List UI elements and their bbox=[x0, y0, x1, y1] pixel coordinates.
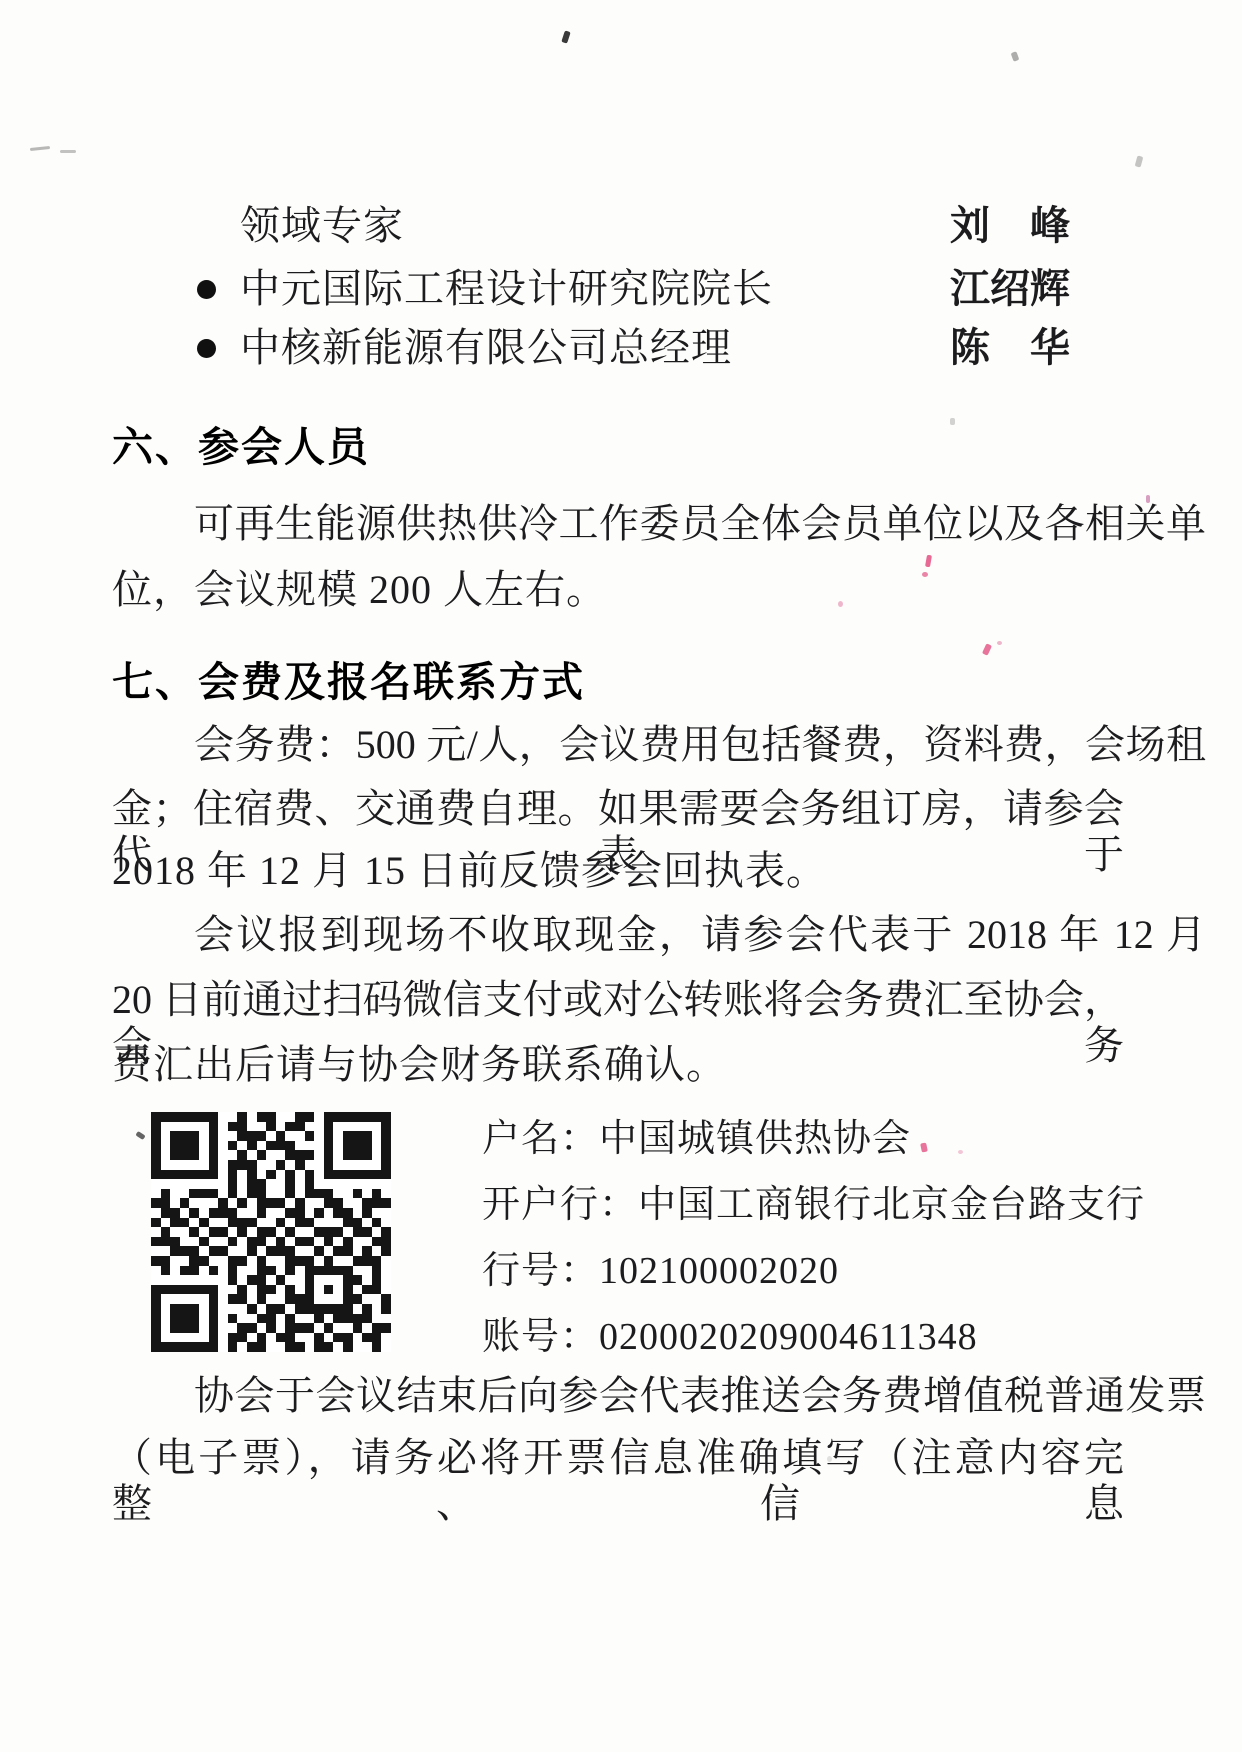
scan-artifact bbox=[1011, 51, 1020, 62]
bank-number: 行号：102100002020 bbox=[482, 1249, 839, 1293]
speaker-role: 领域专家 bbox=[240, 203, 404, 249]
bank-account-name: 户名：中国城镇供热协会 bbox=[482, 1117, 911, 1161]
ink-speck bbox=[925, 555, 932, 568]
section7-heading: 七、会费及报名联系方式 bbox=[112, 658, 585, 706]
ink-speck bbox=[958, 1150, 963, 1154]
speaker-role: 中元国际工程设计研究院院长 bbox=[240, 266, 773, 312]
speaker-name: 刘 峰 bbox=[950, 203, 1075, 249]
paragraph-line: 费汇出后请与协会财务联系确认。 bbox=[112, 1042, 727, 1088]
bank-branch: 开户行：中国工商银行北京金台路支行 bbox=[482, 1183, 1145, 1227]
scan-artifact bbox=[60, 150, 76, 153]
paragraph-line: 会议报到现场不收取现金，请参会代表于 2018 年 12 月 bbox=[112, 912, 1206, 958]
ink-speck bbox=[838, 601, 843, 607]
paragraph-line: 协会于会议结束后向参会代表推送会务费增值税普通发票 bbox=[112, 1373, 1206, 1419]
speaker-role: 中核新能源有限公司总经理 bbox=[240, 325, 732, 371]
bank-account-number: 账号：0200020209004611348 bbox=[482, 1315, 978, 1359]
ink-speck bbox=[922, 572, 928, 577]
speaker-name: 陈 华 bbox=[950, 325, 1075, 371]
ink-speck bbox=[982, 643, 992, 656]
scan-artifact bbox=[135, 1131, 145, 1140]
payment-qr-code bbox=[151, 1112, 391, 1352]
speaker-name: 江绍辉 bbox=[950, 266, 1075, 312]
paragraph-line: 可再生能源供热供冷工作委员全体会员单位以及各相关单 bbox=[112, 501, 1206, 547]
bullet-icon bbox=[197, 280, 216, 299]
document-page: 领域专家 刘 峰 中元国际工程设计研究院院长 江绍辉 中核新能源有限公司总经理 … bbox=[0, 0, 1242, 1752]
section6-heading: 六、参会人员 bbox=[112, 423, 370, 471]
ink-speck bbox=[997, 641, 1002, 645]
scan-artifact bbox=[1135, 155, 1144, 167]
paragraph-line: 2018 年 12 月 15 日前反馈参会回执表。 bbox=[112, 848, 827, 894]
paragraph-line: 会务费：500 元/人，会议费用包括餐费，资料费，会场租 bbox=[112, 722, 1206, 768]
scan-artifact bbox=[950, 418, 955, 425]
bullet-icon bbox=[197, 339, 216, 358]
ink-speck bbox=[920, 1142, 928, 1152]
scan-artifact bbox=[30, 146, 50, 151]
scan-artifact bbox=[561, 30, 570, 43]
paragraph-line: 位，会议规模 200 人左右。 bbox=[112, 567, 607, 613]
paragraph-line: （电子票），请务必将开票信息准确填写（注意内容完整、信息 bbox=[112, 1435, 1124, 1527]
